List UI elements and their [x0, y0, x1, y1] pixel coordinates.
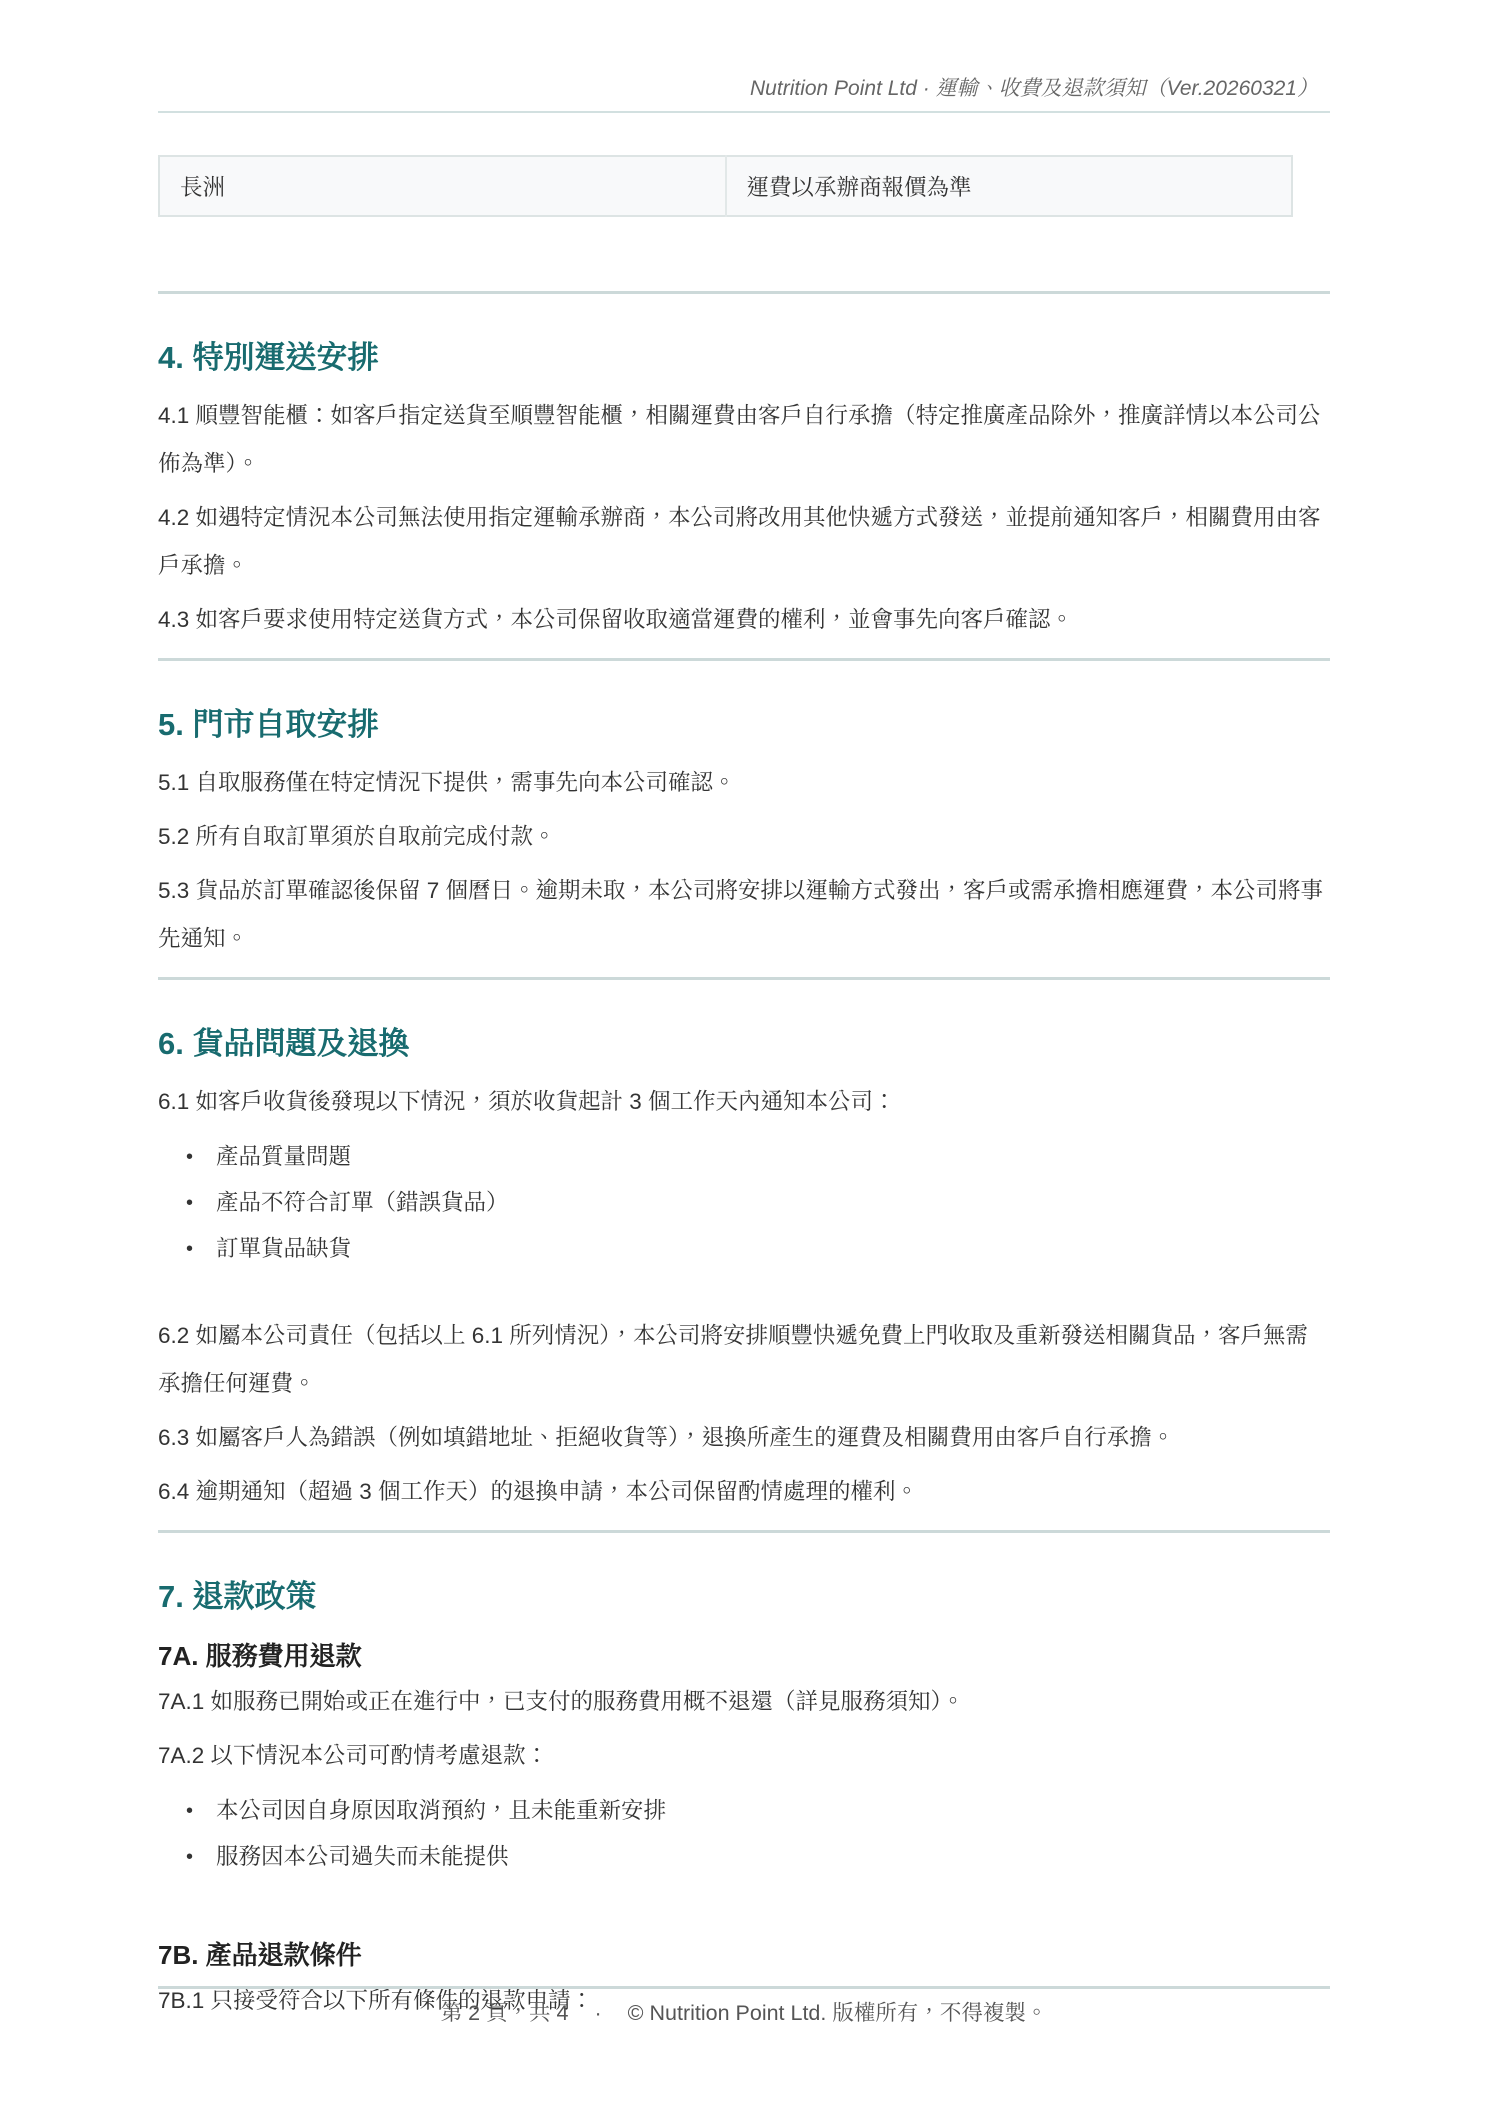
clause-6-1: 6.1 如客戶收貨後發現以下情況，須於收貨起計 3 個工作天內通知本公司：: [158, 1078, 1330, 1126]
document-page: Nutrition Point Ltd · 運輸、收費及退款須知（Ver.202…: [0, 0, 1489, 2105]
section-7-heading: 7. 退款政策: [158, 1577, 1330, 1617]
clause-4-1: 4.1 順豐智能櫃：如客戶指定送貨至順豐智能櫃，相關運費由客戶自行承擔（特定推廣…: [158, 392, 1330, 488]
section-4: 4. 特別運送安排 4.1 順豐智能櫃：如客戶指定送貨至順豐智能櫃，相關運費由客…: [158, 338, 1330, 644]
footer-separator: ·: [595, 2000, 602, 2028]
section-4-heading: 4. 特別運送安排: [158, 338, 1330, 378]
section-6-heading: 6. 貨品問題及退換: [158, 1024, 1330, 1064]
clause-5-2: 5.2 所有自取訂單須於自取前完成付款。: [158, 813, 1330, 861]
clause-5-1: 5.1 自取服務僅在特定情況下提供，需事先向本公司確認。: [158, 759, 1330, 807]
section-divider: [158, 291, 1330, 294]
bullet-item: 本公司因自身原因取消預約，且未能重新安排: [186, 1788, 1330, 1834]
issue-bullet-list: 產品質量問題 產品不符合訂單（錯誤貨品） 訂單貨品缺貨: [158, 1134, 1330, 1272]
section-divider: [158, 1530, 1330, 1533]
clause-6-4: 6.4 逾期通知（超過 3 個工作天）的退換申請，本公司保留酌情處理的權利。: [158, 1468, 1330, 1516]
rate-fee-cell: 運費以承辦商報價為準: [726, 156, 1293, 216]
section-7b-heading: 7B. 產品退款條件: [158, 1938, 1330, 1972]
page-footer: 第 2 頁，共 4 · © Nutrition Point Ltd. 版權所有，…: [158, 1986, 1330, 2028]
clause-4-2: 4.2 如遇特定情況本公司無法使用指定運輸承辦商，本公司將改用其他快遞方式發送，…: [158, 494, 1330, 590]
section-divider: [158, 977, 1330, 980]
bullet-item: 產品不符合訂單（錯誤貨品）: [186, 1180, 1330, 1226]
bullet-item: 服務因本公司過失而未能提供: [186, 1834, 1330, 1880]
clause-6-2: 6.2 如屬本公司責任（包括以上 6.1 所列情況），本公司將安排順豐快遞免費上…: [158, 1312, 1330, 1408]
section-7a-heading: 7A. 服務費用退款: [158, 1639, 1330, 1673]
shipping-rate-table: 長洲 運費以承辦商報價為準: [158, 155, 1293, 217]
page-header: Nutrition Point Ltd · 運輸、收費及退款須知（Ver.202…: [158, 0, 1330, 113]
section-divider: [158, 658, 1330, 661]
clause-5-3: 5.3 貨品於訂單確認後保留 7 個曆日。逾期未取，本公司將安排以運輸方式發出，…: [158, 867, 1330, 963]
clause-6-3: 6.3 如屬客戶人為錯誤（例如填錯地址、拒絕收貨等），退換所產生的運費及相關費用…: [158, 1414, 1330, 1462]
bullet-item: 產品質量問題: [186, 1134, 1330, 1180]
doc-title: Nutrition Point Ltd · 運輸、收費及退款須知（Ver.202…: [750, 77, 1318, 100]
section-5-heading: 5. 門市自取安排: [158, 705, 1330, 745]
refund-bullet-list: 本公司因自身原因取消預約，且未能重新安排 服務因本公司過失而未能提供: [158, 1788, 1330, 1880]
clause-4-3: 4.3 如客戶要求使用特定送貨方式，本公司保留收取適當運費的權利，並會事先向客戶…: [158, 596, 1330, 644]
clause-7a-2: 7A.2 以下情況本公司可酌情考慮退款：: [158, 1732, 1330, 1780]
clause-7a-1: 7A.1 如服務已開始或正在進行中，已支付的服務費用概不退還（詳見服務須知）。: [158, 1678, 1330, 1726]
section-7: 7. 退款政策 7A. 服務費用退款 7A.1 如服務已開始或正在進行中，已支付…: [158, 1577, 1330, 2025]
copyright-text: © Nutrition Point Ltd. 版權所有，不得複製。: [628, 2000, 1048, 2028]
page-number: 第 2 頁，共 4: [441, 2000, 569, 2028]
page-content: Nutrition Point Ltd · 運輸、收費及退款須知（Ver.202…: [158, 0, 1330, 2025]
section-5: 5. 門市自取安排 5.1 自取服務僅在特定情況下提供，需事先向本公司確認。 5…: [158, 705, 1330, 963]
bullet-item: 訂單貨品缺貨: [186, 1226, 1330, 1272]
rate-area-cell: 長洲: [159, 156, 726, 216]
section-6: 6. 貨品問題及退換 6.1 如客戶收貨後發現以下情況，須於收貨起計 3 個工作…: [158, 1024, 1330, 1516]
rate-table-row: 長洲 運費以承辦商報價為準: [159, 156, 1292, 216]
